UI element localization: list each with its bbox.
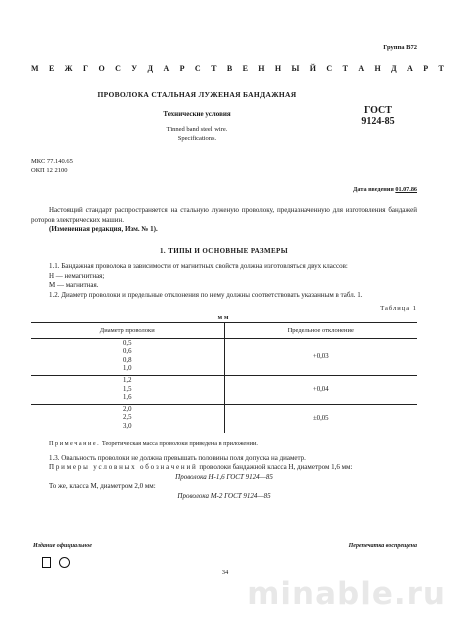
examples-label: Примеры условных обозначений (49, 463, 198, 471)
reprint-prohibited-label: Перепечатка воспрещена (349, 543, 417, 549)
examples-intro: Примеры условных обозначений проволоки б… (31, 463, 417, 472)
standard-type-heading: М Е Ж Г О С У Д А Р С Т В Е Н Н Ы Й С Т … (31, 64, 417, 73)
watermark: minable.ru (247, 576, 446, 612)
deviation-group-3: ±0,05 (224, 405, 417, 433)
column-header-deviation: Предельное отклонение (224, 323, 417, 339)
paragraph-1-3: 1.3. Овальность проволоки не должна прев… (31, 454, 417, 463)
intro-section: Настоящий стандарт распространяется на с… (31, 206, 417, 234)
gost-label: ГОСТ (339, 105, 417, 116)
diameter-group-1: 0,5 0,6 0,8 1,0 (31, 339, 224, 376)
gost-number: 9124-85 (339, 116, 417, 127)
paragraph-1-1: 1.1. Бандажная проволока в зависимости о… (31, 262, 417, 271)
section-1-3: 1.3. Овальность проволоки не должна прев… (31, 454, 417, 501)
classification-codes: МКС 77.140.65 ОКП 12 2100 (31, 158, 417, 175)
effective-date-line: Дата введения 01.07.86 (31, 186, 417, 193)
page-number: 34 (0, 569, 450, 576)
okp-code: ОКП 12 2100 (31, 167, 417, 176)
table-header-row: Диаметр проволоки Предельное отклонение (31, 323, 417, 339)
column-header-diameter: Диаметр проволоки (31, 323, 224, 339)
note-text: Теоретическая масса проволоки приведена … (100, 440, 258, 447)
title-block: ПРОВОЛОКА СТАЛЬНАЯ ЛУЖЕНАЯ БАНДАЖНАЯ Тех… (31, 90, 417, 152)
table-1: Диаметр проволоки Предельное отклонение … (31, 322, 417, 433)
document-title: ПРОВОЛОКА СТАЛЬНАЯ ЛУЖЕНАЯ БАНДАЖНАЯ (31, 90, 363, 99)
diameter-group-3: 2,0 2,5 3,0 (31, 405, 224, 433)
section-1-heading: 1. ТИПЫ И ОСНОВНЫЕ РАЗМЕРЫ (31, 247, 417, 255)
square-icon (42, 557, 51, 568)
table-unit-label: мм (31, 314, 417, 321)
effective-date-label: Дата введения (353, 186, 395, 193)
deviation-group-2: +0,04 (224, 376, 417, 405)
mks-code: МКС 77.140.65 (31, 158, 417, 167)
note-label: Примечание. (49, 440, 100, 447)
paragraph-1-2: 1.2. Диаметр проволоки и предельные откл… (31, 291, 417, 300)
table-caption: Таблица 1 (31, 305, 417, 312)
table-row: 2,0 2,5 3,0 ±0,05 (31, 405, 417, 433)
table-note: Примечание. Теоретическая масса проволок… (31, 440, 417, 447)
same-class-line: То же, класса М, диаметром 2,0 мм: (31, 482, 417, 491)
group-label: Группа В72 (31, 44, 417, 51)
deviation-group-1: +0,03 (224, 339, 417, 376)
class-m-line: М — магнитная. (31, 281, 417, 290)
circle-icon (59, 557, 70, 568)
amendment-note: (Измененная редакция, Изм. № 1). (31, 225, 417, 234)
gost-designation: ГОСТ 9124-85 (339, 105, 417, 127)
designation-example-2: Проволока М-2 ГОСТ 9124—85 (31, 492, 417, 501)
title-english-line1: Tinned band steel wire. (31, 126, 363, 135)
designation-example-1: Проволока Н-1,6 ГОСТ 9124—85 (31, 473, 417, 482)
title-english-line2: Specifications. (31, 135, 363, 144)
diameter-group-2: 1,2 1,5 1,6 (31, 376, 224, 405)
effective-date-value: 01.07.86 (395, 186, 417, 193)
document-subtitle: Технические условия (31, 110, 363, 118)
footer: Издание официальное Перепечатка воспреще… (33, 543, 417, 549)
intro-paragraph: Настоящий стандарт распространяется на с… (31, 206, 417, 225)
table-row: 1,2 1,5 1,6 +0,04 (31, 376, 417, 405)
official-edition-label: Издание официальное (33, 543, 92, 549)
section-1-body: 1.1. Бандажная проволока в зависимости о… (31, 262, 417, 300)
document-page: Группа В72 М Е Ж Г О С У Д А Р С Т В Е Н… (0, 0, 450, 636)
table-row: 0,5 0,6 0,8 1,0 +0,03 (31, 339, 417, 376)
class-n-line: Н — немагнитная; (31, 272, 417, 281)
examples-text: проволоки бандажной класса Н, диаметром … (198, 463, 353, 471)
